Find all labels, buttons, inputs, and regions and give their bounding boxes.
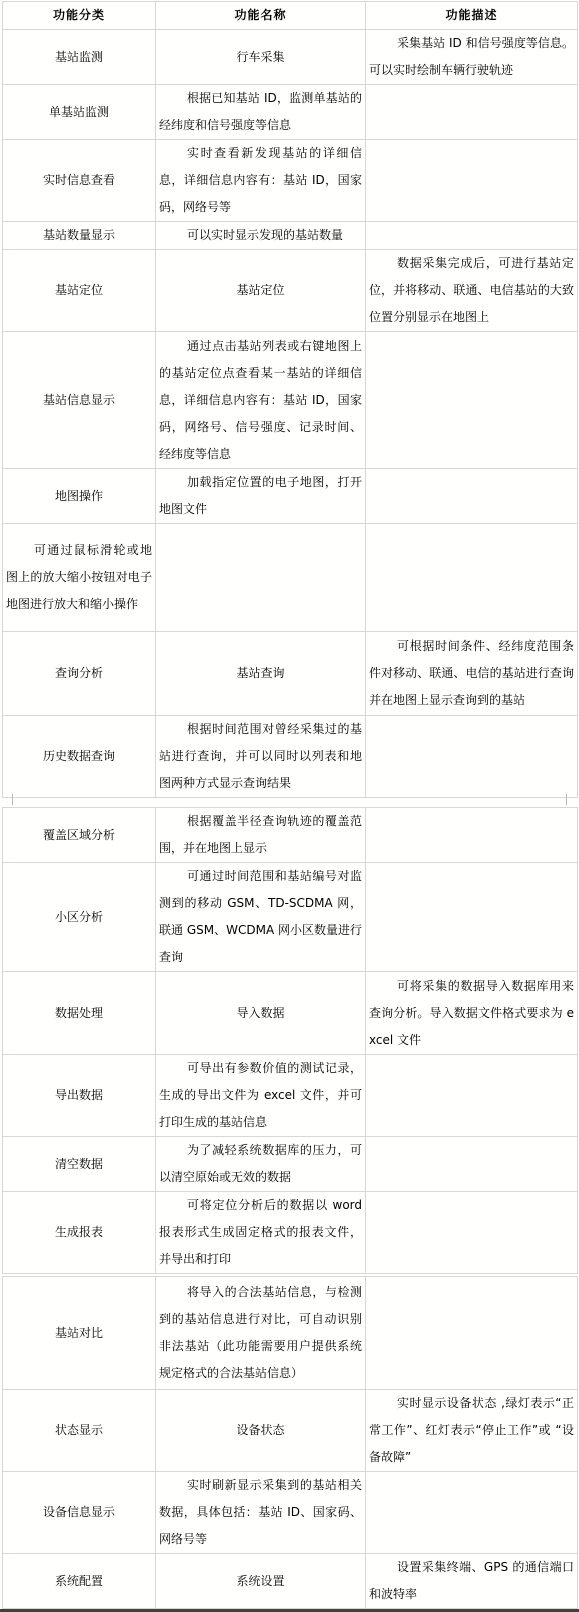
- description-cell: [366, 469, 578, 524]
- name-cell: 导入数据: [156, 972, 366, 1055]
- column-header-description: 功能描述: [366, 2, 578, 30]
- category-cell: 基站对比: [3, 1277, 156, 1390]
- description-cell: 采集基站 ID 和信号强度等信息。可以实时绘制车辆行驶轨迹: [366, 30, 578, 85]
- table-row: 状态显示 设备状态 实时显示设备状态 ,绿灯表示“正常工作”、红灯表示“停止工作…: [3, 1390, 578, 1472]
- category-cell: 状态显示: [3, 1390, 156, 1472]
- category-cell: 数据处理: [3, 972, 156, 1055]
- table-row: 设备信息显示 实时刷新显示采集到的基站相关数据，具体包括：基站 ID、国家码、网…: [3, 1472, 578, 1554]
- table-row: 基站数量显示 可以实时显示发现的基站数量: [3, 222, 578, 250]
- category-cell: 地图操作: [3, 469, 156, 524]
- name-cell: 设备状态: [156, 1390, 366, 1472]
- description-cell: [366, 808, 578, 863]
- name-cell: 为了减轻系统数据库的压力，可以清空原始或无效的数据: [156, 1137, 366, 1192]
- table-row: 系统配置 系统设置 设置采集终端、GPS 的通信端口和波特率: [3, 1554, 578, 1609]
- table-row: 基站信息显示 通过点击基站列表或右键地图上的基站定位点查看某一基站的详细信息，详…: [3, 332, 578, 469]
- column-header-category: 功能分类: [3, 2, 156, 30]
- description-cell: [366, 222, 578, 250]
- category-cell: 生成报表: [3, 1192, 156, 1274]
- table-header-row: 功能分类 功能名称 功能描述: [3, 2, 578, 30]
- table-row: 单基站监测 根据已知基站 ID，监测单基站的经纬度和信号强度等信息: [3, 85, 578, 140]
- description-cell: [366, 332, 578, 469]
- table-row: 查询分析 基站查询 可根据时间条件、经纬度范围条件对移动、联通、电信的基站进行查…: [3, 632, 578, 716]
- table-row: 小区分析 可通过时间范围和基站编号对监测到的移动 GSM、TD-SCDMA 网，…: [3, 863, 578, 972]
- break-tick-icon: [12, 794, 13, 805]
- table-row: 地图操作 加载指定位置的电子地图，打开地图文件: [3, 469, 578, 524]
- name-cell: 系统设置: [156, 1554, 366, 1609]
- table-row: 生成报表 可将定位分析后的数据以 word 报表形式生成固定格式的报表文件，并导…: [3, 1192, 578, 1274]
- table-row: 基站监测 行车采集 采集基站 ID 和信号强度等信息。可以实时绘制车辆行驶轨迹: [3, 30, 578, 85]
- description-cell: 可根据时间条件、经纬度范围条件对移动、联通、电信的基站进行查询并在地图上显示查询…: [366, 632, 578, 716]
- description-cell: [366, 716, 578, 798]
- break-tick-icon: [566, 794, 567, 805]
- description-cell: 实时显示设备状态 ,绿灯表示“正常工作”、红灯表示“停止工作”或 “设备故障”: [366, 1390, 578, 1472]
- name-cell: 实时刷新显示采集到的基站相关数据，具体包括：基站 ID、国家码、网络号等: [156, 1472, 366, 1554]
- category-cell: 查询分析: [3, 632, 156, 716]
- description-cell: 数据采集完成后，可进行基站定位，并将移动、联通、电信基站的大致位置分别显示在地图…: [366, 250, 578, 332]
- category-cell: 实时信息查看: [3, 140, 156, 222]
- table-row: 导出数据 可导出有参数价值的测试记录，生成的导出文件为 excel 文件，并可打…: [3, 1055, 578, 1137]
- name-cell: 可导出有参数价值的测试记录，生成的导出文件为 excel 文件，并可打印生成的基…: [156, 1055, 366, 1137]
- description-cell: 可将采集的数据导入数据库用来查询分析。导入数据文件格式要求为 excel 文件: [366, 972, 578, 1055]
- table-row: 历史数据查询 根据时间范围对曾经采集过的基站进行查询，并可以同时以列表和地图两种…: [3, 716, 578, 798]
- feature-table-section-3: 基站对比 将导入的合法基站信息，与检测到的基站信息进行对比，可自动识别非法基站（…: [2, 1276, 578, 1609]
- name-cell: 根据覆盖半径查询轨迹的覆盖范围，并在地图上显示: [156, 808, 366, 863]
- name-cell: 根据时间范围对曾经采集过的基站进行查询，并可以同时以列表和地图两种方式显示查询结…: [156, 716, 366, 798]
- category-cell: 覆盖区域分析: [3, 808, 156, 863]
- feature-table-section-1: 功能分类 功能名称 功能描述 基站监测 行车采集 采集基站 ID 和信号强度等信…: [2, 1, 578, 798]
- table-row: 覆盖区域分析 根据覆盖半径查询轨迹的覆盖范围，并在地图上显示: [3, 808, 578, 863]
- table-row: 数据处理 导入数据 可将采集的数据导入数据库用来查询分析。导入数据文件格式要求为…: [3, 972, 578, 1055]
- description-cell: [366, 1472, 578, 1554]
- category-cell: 系统配置: [3, 1554, 156, 1609]
- table-row: 清空数据 为了减轻系统数据库的压力，可以清空原始或无效的数据: [3, 1137, 578, 1192]
- description-cell: [366, 1137, 578, 1192]
- name-cell: 基站查询: [156, 632, 366, 716]
- description-cell: [366, 1192, 578, 1274]
- category-cell: 单基站监测: [3, 85, 156, 140]
- category-cell: 导出数据: [3, 1055, 156, 1137]
- category-cell: 基站数量显示: [3, 222, 156, 250]
- name-cell: 根据已知基站 ID，监测单基站的经纬度和信号强度等信息: [156, 85, 366, 140]
- description-cell: [366, 524, 578, 632]
- name-cell: 实时查看新发现基站的详细信息，详细信息内容有：基站 ID，国家码，网络号等: [156, 140, 366, 222]
- category-cell: 小区分析: [3, 863, 156, 972]
- name-cell: [156, 524, 366, 632]
- name-cell: 行车采集: [156, 30, 366, 85]
- name-cell: 基站定位: [156, 250, 366, 332]
- feature-table-section-2: 覆盖区域分析 根据覆盖半径查询轨迹的覆盖范围，并在地图上显示 小区分析 可通过时…: [2, 807, 578, 1274]
- description-cell: 设置采集终端、GPS 的通信端口和波特率: [366, 1554, 578, 1609]
- name-cell: 通过点击基站列表或右键地图上的基站定位点查看某一基站的详细信息，详细信息内容有：…: [156, 332, 366, 469]
- description-cell: [366, 140, 578, 222]
- name-cell: 将导入的合法基站信息，与检测到的基站信息进行对比，可自动识别非法基站（此功能需要…: [156, 1277, 366, 1390]
- document-page: 功能分类 功能名称 功能描述 基站监测 行车采集 采集基站 ID 和信号强度等信…: [0, 0, 579, 1609]
- description-cell: [366, 863, 578, 972]
- description-cell: [366, 1055, 578, 1137]
- category-cell: 基站监测: [3, 30, 156, 85]
- table-row: 基站定位 基站定位 数据采集完成后，可进行基站定位，并将移动、联通、电信基站的大…: [3, 250, 578, 332]
- description-cell: [366, 85, 578, 140]
- category-cell: 设备信息显示: [3, 1472, 156, 1554]
- name-cell: 可以实时显示发现的基站数量: [156, 222, 366, 250]
- table-row: 可通过鼠标滑轮或地图上的放大缩小按钮对电子地图进行放大和缩小操作: [3, 524, 578, 632]
- name-cell: 可通过时间范围和基站编号对监测到的移动 GSM、TD-SCDMA 网，联通 GS…: [156, 863, 366, 972]
- category-cell: 可通过鼠标滑轮或地图上的放大缩小按钮对电子地图进行放大和缩小操作: [3, 524, 156, 632]
- name-cell: 加载指定位置的电子地图，打开地图文件: [156, 469, 366, 524]
- column-header-name: 功能名称: [156, 2, 366, 30]
- category-cell: 清空数据: [3, 1137, 156, 1192]
- category-cell: 历史数据查询: [3, 716, 156, 798]
- table-row: 基站对比 将导入的合法基站信息，与检测到的基站信息进行对比，可自动识别非法基站（…: [3, 1277, 578, 1390]
- table-row: 实时信息查看 实时查看新发现基站的详细信息，详细信息内容有：基站 ID，国家码，…: [3, 140, 578, 222]
- description-cell: [366, 1277, 578, 1390]
- name-cell: 可将定位分析后的数据以 word 报表形式生成固定格式的报表文件，并导出和打印: [156, 1192, 366, 1274]
- table-page-break: [2, 798, 577, 807]
- category-cell: 基站信息显示: [3, 332, 156, 469]
- category-cell: 基站定位: [3, 250, 156, 332]
